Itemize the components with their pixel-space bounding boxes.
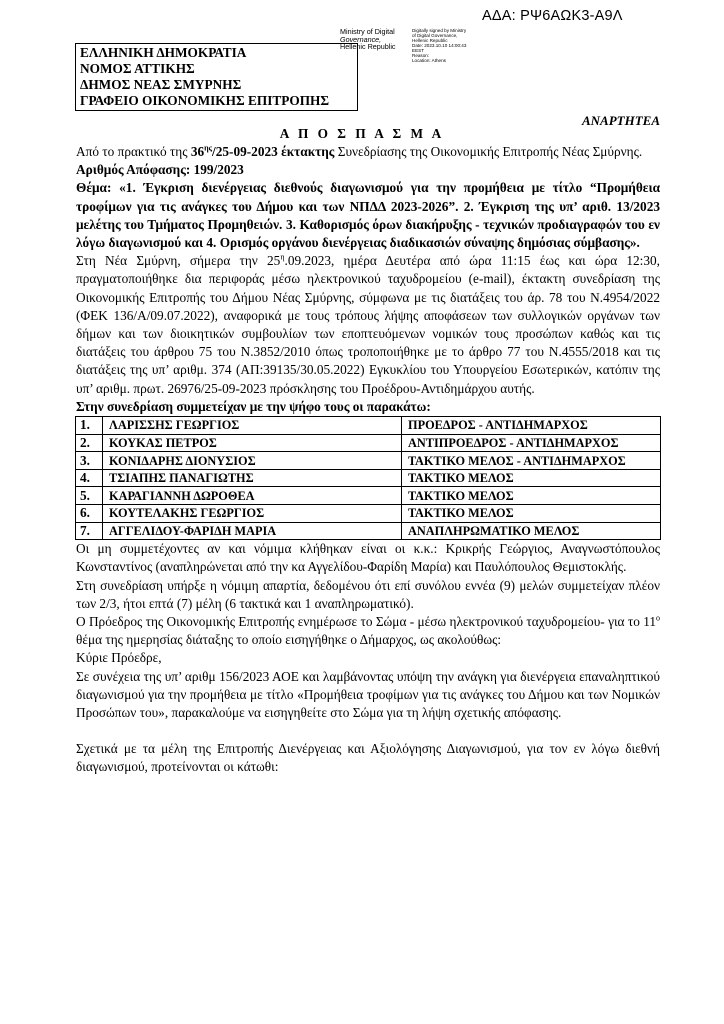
intro-prefix: Από το πρακτικό της — [76, 144, 191, 159]
member-name: ΛΑΡΙΣΣΗΣ ΓΕΩΡΓΙΟΣ — [103, 417, 402, 435]
digital-signature-details: Digitally signed by Ministry of Digital … — [412, 28, 482, 63]
session-date: /25-09-2023 έκτακτης — [212, 144, 334, 159]
participants-heading: Στην συνεδρίαση συμμετείχαν με την ψήφο … — [76, 398, 660, 416]
table-row: 4.ΤΣΙΑΠΗΣ ΠΑΝΑΓΙΩΤΗΣΤΑΚΤΙΚΟ ΜΕΛΟΣ — [76, 469, 661, 487]
authority-header-box: ΕΛΛΗΝΙΚΗ ΔΗΜΟΚΡΑΤΙΑ ΝΟΜΟΣ ΑΤΤΙΚΗΣ ΔΗΜΟΣ … — [75, 43, 358, 111]
member-number: 7. — [76, 522, 103, 540]
session-sup: ης — [204, 144, 212, 153]
table-row: 1.ΛΑΡΙΣΣΗΣ ΓΕΩΡΓΙΟΣΠΡΟΕΔΡΟΣ - ΑΝΤΙΔΗΜΑΡΧ… — [76, 417, 661, 435]
authority-line: ΝΟΜΟΣ ΑΤΤΙΚΗΣ — [80, 61, 357, 77]
briefing-paragraph: Ο Πρόεδρος της Οικονομικής Επιτροπής ενη… — [76, 613, 660, 649]
absent-paragraph: Οι μη συμμετέχοντες αν και νόμιμα κλήθηκ… — [76, 540, 660, 576]
quorum-paragraph: Στη συνεδρίαση υπήρξε η νόμιμη απαρτία, … — [76, 577, 660, 613]
decision-number: Αριθμός Απόφασης: 199/2023 — [76, 161, 660, 179]
session-paragraph: Στη Νέα Σμύρνη, σήμερα την 25η.09.2023, … — [76, 252, 660, 398]
decision-subject: Θέμα: «1. Έγκριση διενέργειας διεθνούς δ… — [76, 179, 660, 252]
member-name: ΤΣΙΑΠΗΣ ΠΑΝΑΓΙΩΤΗΣ — [103, 469, 402, 487]
table-row: 7.ΑΓΓΕΛΙΔΟΥ-ΦΑΡΙΔΗ ΜΑΡΙΑΑΝΑΠΛΗΡΩΜΑΤΙΚΟ Μ… — [76, 522, 661, 540]
table-row: 2.ΚΟΥΚΑΣ ΠΕΤΡΟΣΑΝΤΙΠΡΟΕΔΡΟΣ - ΑΝΤΙΔΗΜΑΡΧ… — [76, 434, 661, 452]
briefing-start: Ο Πρόεδρος της Οικονομικής Επιτροπής ενη… — [76, 614, 656, 629]
member-role: ΤΑΚΤΙΚΟ ΜΕΛΟΣ — [402, 469, 661, 487]
document-body: Από το πρακτικό της 36ης/25-09-2023 έκτα… — [76, 143, 660, 777]
member-role: ΤΑΚΤΙΚΟ ΜΕΛΟΣ — [402, 505, 661, 523]
member-number: 1. — [76, 417, 103, 435]
member-name: ΑΓΓΕΛΙΔΟΥ-ΦΑΡΙΔΗ ΜΑΡΙΑ — [103, 522, 402, 540]
table-row: 5.ΚΑΡΑΓΙΑΝΝΗ ΔΩΡΟΘΕΑΤΑΚΤΙΚΟ ΜΕΛΟΣ — [76, 487, 661, 505]
member-number: 5. — [76, 487, 103, 505]
members-table: 1.ΛΑΡΙΣΣΗΣ ΓΕΩΡΓΙΟΣΠΡΟΕΔΡΟΣ - ΑΝΤΙΔΗΜΑΡΧ… — [75, 416, 661, 540]
paragraph-gap — [76, 722, 660, 740]
member-name: ΚΑΡΑΓΙΑΝΝΗ ΔΩΡΟΘΕΑ — [103, 487, 402, 505]
member-role: ΤΑΚΤΙΚΟ ΜΕΛΟΣ — [402, 487, 661, 505]
session-number: 36ης/25-09-2023 έκτακτης — [191, 144, 335, 159]
member-number: 4. — [76, 469, 103, 487]
intro-suffix: Συνεδρίασης της Οικονομικής Επιτροπής Νέ… — [334, 144, 642, 159]
member-number: 6. — [76, 505, 103, 523]
member-name: ΚΟΥΚΑΣ ΠΕΤΡΟΣ — [103, 434, 402, 452]
table-row: 3.ΚΟΝΙΔΑΡΗΣ ΔΙΟΝΥΣΙΟΣΤΑΚΤΙΚΟ ΜΕΛΟΣ - ΑΝΤ… — [76, 452, 661, 470]
member-role: ΠΡΟΕΔΡΟΣ - ΑΝΤΙΔΗΜΑΡΧΟΣ — [402, 417, 661, 435]
ada-code: ΑΔΑ: ΡΨ6ΑΩΚ3-Α9Λ — [482, 8, 623, 24]
session-text-rest: .09.2023, ημέρα Δευτέρα από ώρα 11:15 έω… — [76, 253, 660, 395]
session-num: 36 — [191, 144, 204, 159]
table-row: 6.ΚΟΥΤΕΛΑΚΗΣ ΓΕΩΡΓΙΟΣΤΑΚΤΙΚΟ ΜΕΛΟΣ — [76, 505, 661, 523]
committee-paragraph: Σχετικά με τα μέλη της Επιτροπής Διενέργ… — [76, 740, 660, 776]
document-title: Α Π Ο Σ Π Α Σ Μ Α — [0, 126, 724, 142]
briefing-sup: ο — [656, 614, 660, 623]
member-number: 3. — [76, 452, 103, 470]
authority-line: ΔΗΜΟΣ ΝΕΑΣ ΣΜΥΡΝΗΣ — [80, 77, 357, 93]
member-role: ΤΑΚΤΙΚΟ ΜΕΛΟΣ - ΑΝΤΙΔΗΜΑΡΧΟΣ — [402, 452, 661, 470]
intro-paragraph: Από το πρακτικό της 36ης/25-09-2023 έκτα… — [76, 143, 660, 161]
member-role: ΑΝΤΙΠΡΟΕΔΡΟΣ - ΑΝΤΙΔΗΜΑΡΧΟΣ — [402, 434, 661, 452]
salutation: Κύριε Πρόεδρε, — [76, 649, 660, 667]
session-text-start: Στη Νέα Σμύρνη, σήμερα την 25 — [76, 253, 280, 268]
member-name: ΚΟΥΤΕΛΑΚΗΣ ΓΕΩΡΓΙΟΣ — [103, 505, 402, 523]
request-paragraph: Σε συνέχεια της υπ’ αριθμ 156/2023 ΑΟΕ κ… — [76, 668, 660, 723]
member-number: 2. — [76, 434, 103, 452]
briefing-rest: θέμα της ημερησίας διάταξης το οποίο εισ… — [76, 632, 501, 647]
authority-line: ΕΛΛΗΝΙΚΗ ΔΗΜΟΚΡΑΤΙΑ — [80, 45, 357, 61]
member-name: ΚΟΝΙΔΑΡΗΣ ΔΙΟΝΥΣΙΟΣ — [103, 452, 402, 470]
member-role: ΑΝΑΠΛΗΡΩΜΑΤΙΚΟ ΜΕΛΟΣ — [402, 522, 661, 540]
signature-detail-line: Location: Athens — [412, 58, 482, 63]
authority-line: ΓΡΑΦΕΙΟ ΟΙΚΟΝΟΜΙΚΗΣ ΕΠΙΤΡΟΠΗΣ — [80, 93, 357, 109]
